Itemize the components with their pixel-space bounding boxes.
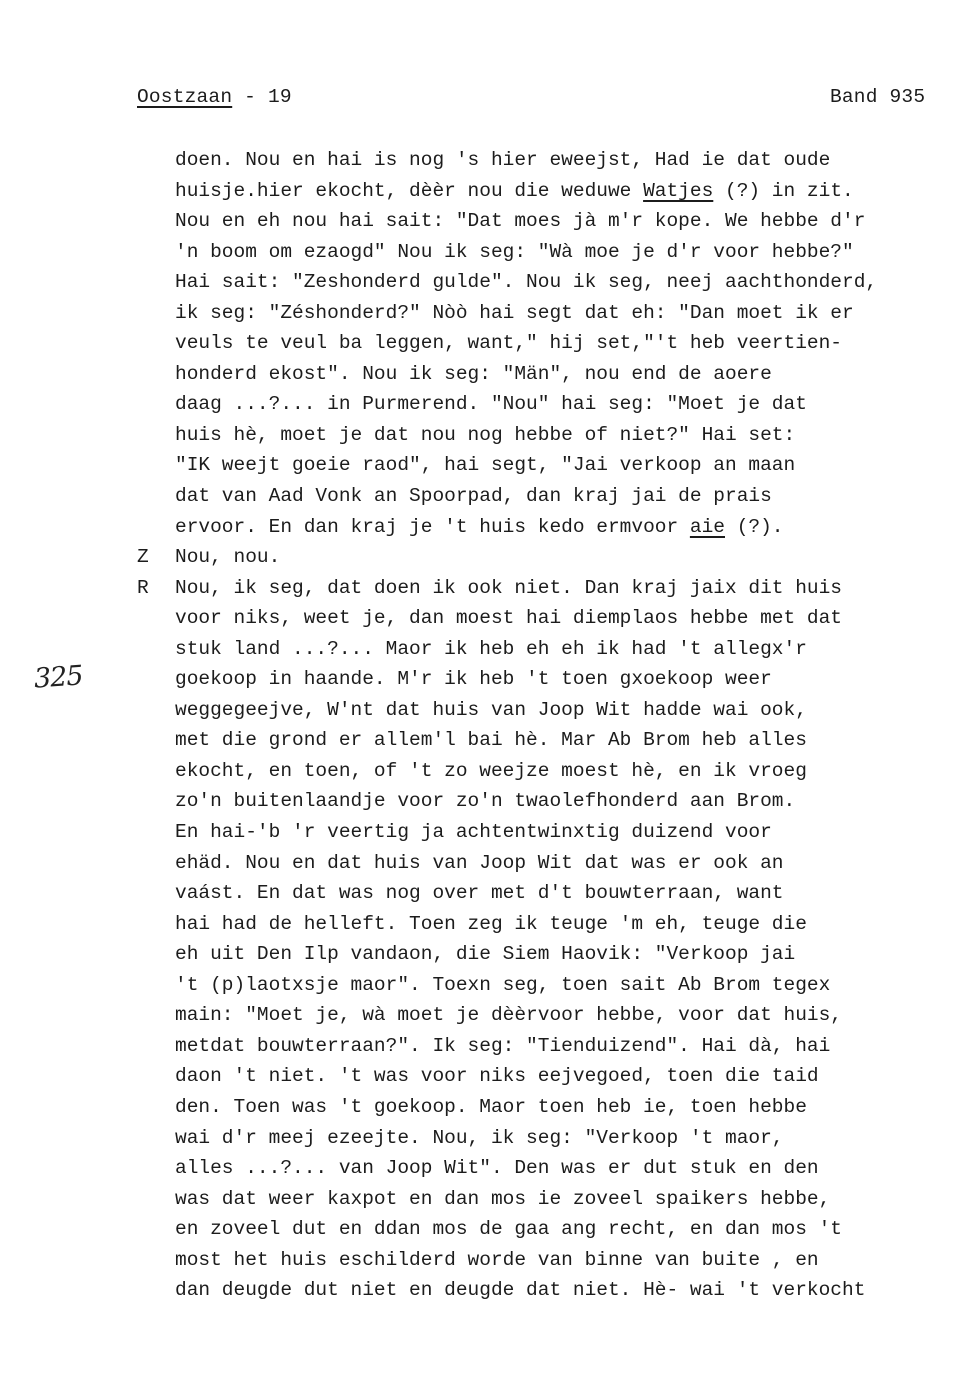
header-separator: -: [232, 86, 268, 108]
line-text: met die grond er allem'l bai hè. Mar Ab …: [175, 725, 807, 755]
header-page-number: 19: [268, 86, 292, 108]
header-place: Oostzaan: [137, 86, 232, 108]
line-text: honderd ekost". Nou ik seg: "Män", nou e…: [175, 359, 772, 389]
line-text-main: voor niks, weet je, dan moest hai diempl…: [175, 607, 842, 629]
transcript-line: dan deugde dut niet en deugde dat niet. …: [0, 1275, 966, 1306]
line-text: "IK weejt goeie raod", hai segt, "Jai ve…: [175, 450, 795, 480]
line-text: eh uit Den Ilp vandaon, die Siem Haovik:…: [175, 939, 795, 969]
transcript-line: huis hè, moet je dat nou nog hebbe of ni…: [0, 420, 966, 451]
line-text: 't (p)laotxsje maor". Toexn seg, toen sa…: [175, 970, 830, 1000]
line-text-main: main: "Moet je, wà moet je dèèrvoor hebb…: [175, 1004, 842, 1026]
line-text: dan deugde dut niet en deugde dat niet. …: [175, 1275, 865, 1305]
line-text-main: daon 't niet. 't was voor niks eejvegoed…: [175, 1065, 819, 1087]
line-text-main: dat van Aad Vonk an Spoorpad, dan kraj j…: [175, 485, 772, 507]
line-text-main: Nou en eh nou hai sait: "Dat moes jà m'r…: [175, 210, 865, 232]
line-text: alles ...?... van Joop Wit". Den was er …: [175, 1153, 819, 1183]
transcript-line: huisje.hier ekocht, dèèr nou die weduwe …: [0, 176, 966, 207]
transcript-line: ik seg: "Zéshonderd?" Nòò hai segt dat e…: [0, 298, 966, 329]
line-text: doen. Nou en hai is nog 's hier eweejst,…: [175, 145, 830, 175]
transcript-line: veuls te veul ba leggen, want," hij set,…: [0, 328, 966, 359]
line-text: Hai sait: "Zeshonderd gulde". Nou ik seg…: [175, 267, 877, 297]
transcript-line: goekoop in haande. M'r ik heb 't toen gx…: [0, 664, 966, 695]
transcript-line: eh uit Den Ilp vandaon, die Siem Haovik:…: [0, 939, 966, 970]
line-text-main: Hai sait: "Zeshonderd gulde". Nou ik seg…: [175, 271, 877, 293]
transcript-line: ZNou, nou.: [0, 542, 966, 573]
transcript-line: voor niks, weet je, dan moest hai diempl…: [0, 603, 966, 634]
line-text: Nou en eh nou hai sait: "Dat moes jà m'r…: [175, 206, 865, 236]
line-text: weggegeejve, W'nt dat huis van Joop Wit …: [175, 695, 807, 725]
transcript-line: "IK weejt goeie raod", hai segt, "Jai ve…: [0, 450, 966, 481]
transcript-line: ekocht, en toen, of 't zo weejze moest h…: [0, 756, 966, 787]
line-text-main: honderd ekost". Nou ik seg: "Män", nou e…: [175, 363, 772, 385]
line-text-main: huisje.hier ekocht, dèèr nou die weduwe: [175, 180, 643, 202]
line-text: ehäd. Nou en dat huis van Joop Wit dat w…: [175, 848, 784, 878]
line-text-main: was dat weer kaxpot en dan mos ie zoveel…: [175, 1188, 830, 1210]
line-text: main: "Moet je, wà moet je dèèrvoor hebb…: [175, 1000, 842, 1030]
line-text-main: 't (p)laotxsje maor". Toexn seg, toen sa…: [175, 974, 830, 996]
transcript-line: wai d'r meej ezeejte. Nou, ik seg: "Verk…: [0, 1123, 966, 1154]
line-text: daag ...?... in Purmerend. "Nou" hai seg…: [175, 389, 807, 419]
line-text-main: ehäd. Nou en dat huis van Joop Wit dat w…: [175, 852, 784, 874]
line-text-main: ervoor. En dan kraj je 't huis kedo ermv…: [175, 516, 690, 538]
transcript-line: metdat bouwterraan?". Ik seg: "Tienduize…: [0, 1031, 966, 1062]
header-tape-number: Band 935: [830, 86, 925, 108]
line-text: en zoveel dut en ddan mos de gaa ang rec…: [175, 1214, 842, 1244]
line-text: veuls te veul ba leggen, want," hij set,…: [175, 328, 842, 358]
line-text: Nou, ik seg, dat doen ik ook niet. Dan k…: [175, 573, 842, 603]
transcript-line: zo'n buitenlaandje voor zo'n twaolefhond…: [0, 786, 966, 817]
underlined-word: Watjes: [643, 180, 713, 202]
line-text-main: hai had de helleft. Toen zeg ik teuge 'm…: [175, 913, 807, 935]
transcript-line: en zoveel dut en ddan mos de gaa ang rec…: [0, 1214, 966, 1245]
line-text-main: eh uit Den Ilp vandaon, die Siem Haovik:…: [175, 943, 795, 965]
line-text-after: (?) in zit.: [713, 180, 853, 202]
line-text: was dat weer kaxpot en dan mos ie zoveel…: [175, 1184, 830, 1214]
line-text-main: most het huis eschilderd worde van binne…: [175, 1249, 819, 1271]
transcript-line: ehäd. Nou en dat huis van Joop Wit dat w…: [0, 848, 966, 879]
line-text: stuk land ...?... Maor ik heb eh eh ik h…: [175, 634, 807, 664]
line-text-main: metdat bouwterraan?". Ik seg: "Tienduize…: [175, 1035, 830, 1057]
transcript-line: daon 't niet. 't was voor niks eejvegoed…: [0, 1061, 966, 1092]
line-text-main: weggegeejve, W'nt dat huis van Joop Wit …: [175, 699, 807, 721]
line-text-main: veuls te veul ba leggen, want," hij set,…: [175, 332, 842, 354]
transcript-line: doen. Nou en hai is nog 's hier eweejst,…: [0, 145, 966, 176]
line-text-main: dan deugde dut niet en deugde dat niet. …: [175, 1279, 865, 1301]
line-text-main: huis hè, moet je dat nou nog hebbe of ni…: [175, 424, 795, 446]
typewritten-page: Oostzaan - 19 Band 935 325 doen. Nou en …: [0, 0, 966, 1390]
line-text-main: alles ...?... van Joop Wit". Den was er …: [175, 1157, 819, 1179]
line-text: En hai-'b 'r veertig ja achtentwinxtig d…: [175, 817, 772, 847]
line-text: zo'n buitenlaandje voor zo'n twaolefhond…: [175, 786, 795, 816]
transcript-line: 't (p)laotxsje maor". Toexn seg, toen sa…: [0, 970, 966, 1001]
line-text: wai d'r meej ezeejte. Nou, ik seg: "Verk…: [175, 1123, 784, 1153]
transcript-line: honderd ekost". Nou ik seg: "Män", nou e…: [0, 359, 966, 390]
transcript-line: was dat weer kaxpot en dan mos ie zoveel…: [0, 1184, 966, 1215]
line-text-main: stuk land ...?... Maor ik heb eh eh ik h…: [175, 638, 807, 660]
speaker-label: R: [137, 573, 149, 603]
line-text: voor niks, weet je, dan moest hai diempl…: [175, 603, 842, 633]
line-text-main: wai d'r meej ezeejte. Nou, ik seg: "Verk…: [175, 1127, 784, 1149]
line-text: goekoop in haande. M'r ik heb 't toen gx…: [175, 664, 772, 694]
line-text: huis hè, moet je dat nou nog hebbe of ni…: [175, 420, 795, 450]
transcript-line: weggegeejve, W'nt dat huis van Joop Wit …: [0, 695, 966, 726]
transcript-line: daag ...?... in Purmerend. "Nou" hai seg…: [0, 389, 966, 420]
line-text-main: ik seg: "Zéshonderd?" Nòò hai segt dat e…: [175, 302, 854, 324]
transcript-line: met die grond er allem'l bai hè. Mar Ab …: [0, 725, 966, 756]
page-header-left: Oostzaan - 19: [137, 86, 292, 108]
line-text: most het huis eschilderd worde van binne…: [175, 1245, 819, 1275]
line-text-main: Nou, nou.: [175, 546, 280, 568]
line-text: ervoor. En dan kraj je 't huis kedo ermv…: [175, 512, 784, 542]
line-text-main: en zoveel dut en ddan mos de gaa ang rec…: [175, 1218, 842, 1240]
transcript-line: hai had de helleft. Toen zeg ik teuge 'm…: [0, 909, 966, 940]
transcript-line: RNou, ik seg, dat doen ik ook niet. Dan …: [0, 573, 966, 604]
line-text-main: vaást. En dat was nog over met d't bouwt…: [175, 882, 784, 904]
line-text-main: daag ...?... in Purmerend. "Nou" hai seg…: [175, 393, 807, 415]
line-text-main: "IK weejt goeie raod", hai segt, "Jai ve…: [175, 454, 795, 476]
transcript-line: stuk land ...?... Maor ik heb eh eh ik h…: [0, 634, 966, 665]
line-text: hai had de helleft. Toen zeg ik teuge 'm…: [175, 909, 807, 939]
line-text-main: En hai-'b 'r veertig ja achtentwinxtig d…: [175, 821, 772, 843]
line-text-main: Nou, ik seg, dat doen ik ook niet. Dan k…: [175, 577, 842, 599]
speaker-label: Z: [137, 542, 149, 572]
line-text: ekocht, en toen, of 't zo weejze moest h…: [175, 756, 807, 786]
transcript-body: doen. Nou en hai is nog 's hier eweejst,…: [0, 145, 966, 1306]
transcript-line: vaást. En dat was nog over met d't bouwt…: [0, 878, 966, 909]
transcript-line: 'n boom om ezaogd" Nou ik seg: "Wà moe j…: [0, 237, 966, 268]
line-text-after: (?).: [725, 516, 784, 538]
line-text-main: den. Toen was 't goekoop. Maor toen heb …: [175, 1096, 807, 1118]
transcript-line: ervoor. En dan kraj je 't huis kedo ermv…: [0, 512, 966, 543]
line-text-main: met die grond er allem'l bai hè. Mar Ab …: [175, 729, 807, 751]
line-text: ik seg: "Zéshonderd?" Nòò hai segt dat e…: [175, 298, 854, 328]
transcript-line: alles ...?... van Joop Wit". Den was er …: [0, 1153, 966, 1184]
transcript-line: most het huis eschilderd worde van binne…: [0, 1245, 966, 1276]
transcript-line: dat van Aad Vonk an Spoorpad, dan kraj j…: [0, 481, 966, 512]
line-text: 'n boom om ezaogd" Nou ik seg: "Wà moe j…: [175, 237, 854, 267]
line-text-main: zo'n buitenlaandje voor zo'n twaolefhond…: [175, 790, 795, 812]
transcript-line: Hai sait: "Zeshonderd gulde". Nou ik seg…: [0, 267, 966, 298]
line-text-main: 'n boom om ezaogd" Nou ik seg: "Wà moe j…: [175, 241, 854, 263]
transcript-line: main: "Moet je, wà moet je dèèrvoor hebb…: [0, 1000, 966, 1031]
line-text: daon 't niet. 't was voor niks eejvegoed…: [175, 1061, 819, 1091]
transcript-line: Nou en eh nou hai sait: "Dat moes jà m'r…: [0, 206, 966, 237]
transcript-line: den. Toen was 't goekoop. Maor toen heb …: [0, 1092, 966, 1123]
line-text-main: doen. Nou en hai is nog 's hier eweejst,…: [175, 149, 830, 171]
line-text: vaást. En dat was nog over met d't bouwt…: [175, 878, 784, 908]
line-text: huisje.hier ekocht, dèèr nou die weduwe …: [175, 176, 854, 206]
line-text: dat van Aad Vonk an Spoorpad, dan kraj j…: [175, 481, 772, 511]
line-text: metdat bouwterraan?". Ik seg: "Tienduize…: [175, 1031, 830, 1061]
line-text-main: goekoop in haande. M'r ik heb 't toen gx…: [175, 668, 772, 690]
line-text: Nou, nou.: [175, 542, 280, 572]
underlined-word: aie: [690, 516, 725, 538]
line-text-main: ekocht, en toen, of 't zo weejze moest h…: [175, 760, 807, 782]
line-text: den. Toen was 't goekoop. Maor toen heb …: [175, 1092, 807, 1122]
transcript-line: En hai-'b 'r veertig ja achtentwinxtig d…: [0, 817, 966, 848]
